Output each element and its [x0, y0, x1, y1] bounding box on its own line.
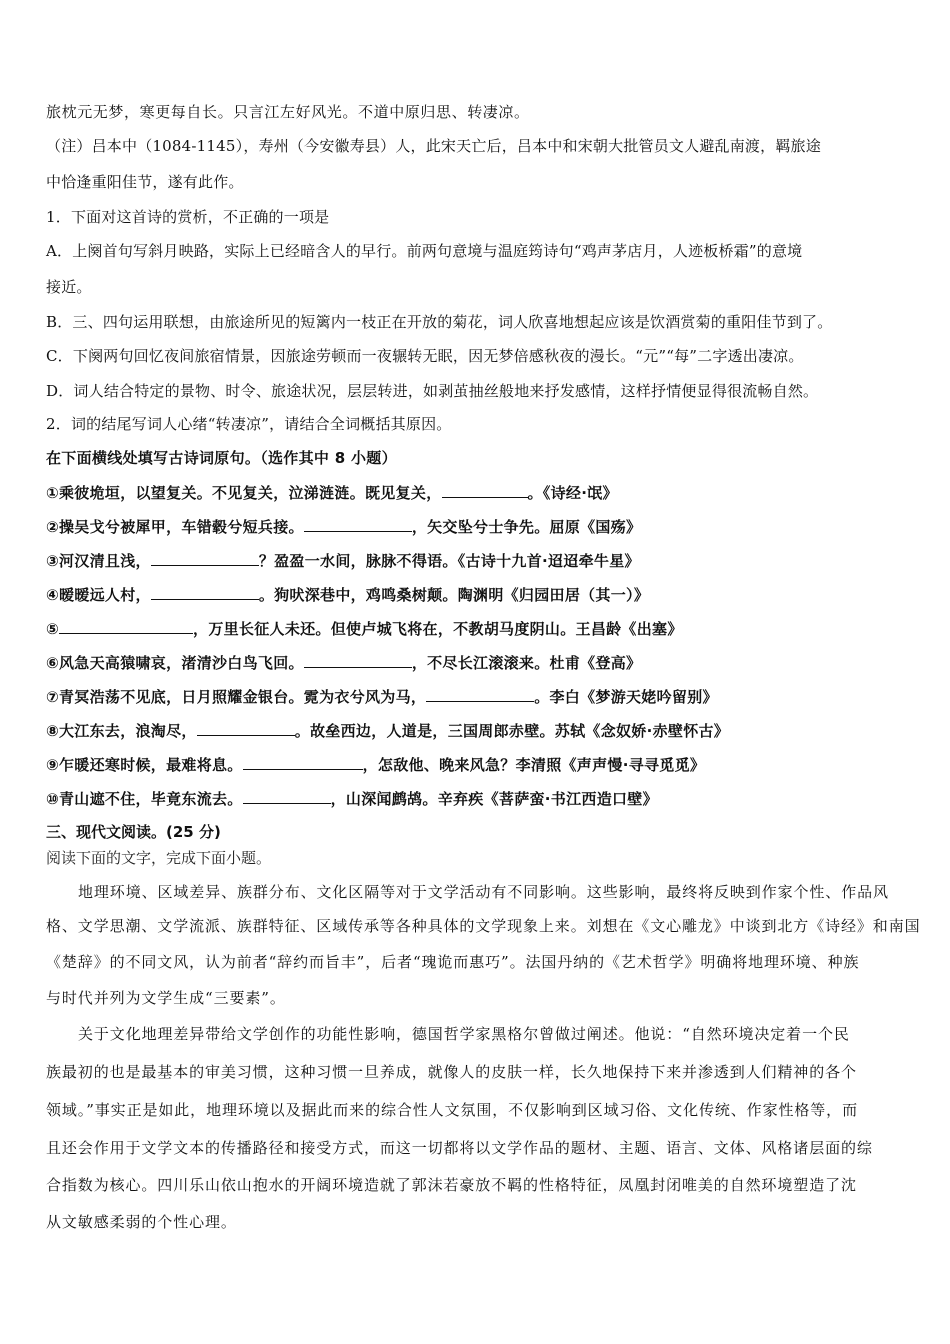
item-text-after: ，矢交坠兮士争先。屈原《国殇》	[412, 518, 642, 536]
answer-blank[interactable]	[59, 618, 193, 634]
fill-in-item-1: ①乘彼垝垣，以望复关。不见复关，泣涕涟涟。既见复关，。《诗经·氓》	[46, 482, 618, 503]
paragraph-2-line-3: 领域。”事实正是如此，地理环境以及据此而来的综合性人文氛围，不仅影响到区域习俗、…	[46, 1100, 858, 1120]
fill-in-item-9: ⑨乍暖还寒时候，最难将息。，怎敌他、晚来风急？李清照《声声慢·寻寻觅觅》	[46, 754, 705, 775]
fill-in-item-3: ③河汉清且浅，？盈盈一水间，脉脉不得语。《古诗十九首·迢迢牵牛星》	[46, 550, 640, 571]
answer-blank[interactable]	[426, 686, 534, 702]
fill-in-heading: 在下面横线处填写古诗词原句。（选作其中 8 小题）	[46, 448, 397, 468]
question-2-stem: 2．词的结尾写词人心绪“转凄凉”，请结合全词概括其原因。	[46, 414, 451, 434]
item-text-after: ？盈盈一水间，脉脉不得语。《古诗十九首·迢迢牵牛星》	[259, 552, 640, 570]
item-text-before: ③河汉清且浅，	[46, 552, 151, 570]
fill-in-item-10: ⑩青山遮不住，毕竟东流去。，山深闻鹧鸪。辛弃疾《菩萨蛮·书江西造口壁》	[46, 788, 658, 809]
note-line-2: 中恰逢重阳佳节，遂有此作。	[46, 172, 244, 192]
item-text-after: ，万里长征人未还。但使卢城飞将在，不教胡马度阴山。王昌龄《出塞》	[193, 620, 683, 638]
fill-in-item-2: ②操吴戈兮被犀甲，车错毂兮短兵接。，矢交坠兮士争先。屈原《国殇》	[46, 516, 641, 537]
paragraph-1-line-2: 格、文学思潮、文学流派、族群特征、区域传承等各种具体的文学现象上来。刘想在《文心…	[46, 916, 921, 936]
item-text-before: ⑨乍暖还寒时候，最难将息。	[46, 756, 243, 774]
answer-blank[interactable]	[243, 788, 331, 804]
option-d: D．词人结合特定的景物、时令、旅途状况，层层转进，如剥茧抽丝般地来抒发感情，这样…	[46, 381, 818, 401]
answer-blank[interactable]	[151, 550, 259, 566]
fill-in-item-6: ⑥风急天高猿啸哀，渚清沙白鸟飞回。，不尽长江滚滚来。杜甫《登高》	[46, 652, 641, 673]
item-text-after: ，怎敌他、晚来风急？李清照《声声慢·寻寻觅觅》	[363, 756, 706, 774]
item-text-before: ⑩青山遮不住，毕竟东流去。	[46, 790, 243, 808]
answer-blank[interactable]	[197, 720, 295, 736]
section-3-heading: 三、现代文阅读。(25 分)	[46, 822, 221, 842]
item-text-before: ④暧暧远人村，	[46, 586, 151, 604]
paragraph-1-line-1: 地理环境、区域差异、族群分布、文化区隔等对于文学活动有不同影响。这些影响，最终将…	[78, 882, 889, 902]
note-line-1: （注）吕本中（1084-1145），寿州（今安徽寿县）人，此宋天亡后，吕本中和宋…	[46, 136, 821, 156]
fill-in-item-4: ④暧暧远人村，。狗吠深巷中，鸡鸣桑树颠。陶渊明《归园田居（其一）》	[46, 584, 649, 605]
paragraph-1-line-4: 与时代并列为文学生成“三要素”。	[46, 988, 286, 1008]
paragraph-1-line-3: 《楚辞》的不同文风，认为前者“辞约而旨丰”，后者“瑰诡而惠巧”。法国丹纳的《艺术…	[46, 952, 859, 972]
item-text-after: ，山深闻鹧鸪。辛弃疾《菩萨蛮·书江西造口壁》	[331, 790, 658, 808]
item-text-after: 。《诗经·氓》	[528, 484, 618, 502]
item-text-after: ，不尽长江滚滚来。杜甫《登高》	[412, 654, 642, 672]
fill-in-item-8: ⑧大江东去，浪淘尽，。故垒西边，人道是，三国周郎赤壁。苏轼《念奴娇·赤壁怀古》	[46, 720, 729, 741]
item-text-before: ⑥风急天高猿啸哀，渚清沙白鸟飞回。	[46, 654, 304, 672]
item-text-after: 。狗吠深巷中，鸡鸣桑树颠。陶渊明《归园田居（其一）》	[259, 586, 649, 604]
option-a-line-1: A．上阕首句写斜月映路，实际上已经暗含人的早行。前两句意境与温庭筠诗句“鸡声茅店…	[46, 241, 802, 261]
option-c: C．下阕两句回忆夜间旅宿情景，因旅途劳顿而一夜辗转无眠，因无梦倍感秋夜的漫长。“…	[46, 346, 804, 366]
answer-blank[interactable]	[304, 516, 412, 532]
item-text-before: ②操吴戈兮被犀甲，车错毂兮短兵接。	[46, 518, 304, 536]
paragraph-2-line-1: 关于文化地理差异带给文学创作的功能性影响，德国哲学家黑格尔曾做过阐述。他说：“自…	[78, 1024, 850, 1044]
answer-blank[interactable]	[243, 754, 363, 770]
item-text-before: ⑤	[46, 620, 59, 638]
paragraph-2-line-6: 从文敏感柔弱的个性心理。	[46, 1212, 237, 1232]
question-1-stem: 1．下面对这首诗的赏析，不正确的一项是	[46, 207, 329, 227]
option-b: B．三、四句运用联想，由旅途所见的短篱内一枝正在开放的菊花，词人欣喜地想起应该是…	[46, 312, 832, 332]
paragraph-2-line-4: 且还会作用于文学文本的传播路径和接受方式，而这一切都将以文学作品的题材、主题、语…	[46, 1138, 873, 1158]
fill-in-item-5: ⑤，万里长征人未还。但使卢城飞将在，不教胡马度阴山。王昌龄《出塞》	[46, 618, 683, 639]
poem-last-line: 旅枕元无梦，寒更每自长。只言江左好风光。不道中原归思、转凄凉。	[46, 102, 530, 122]
item-text-after: 。李白《梦游天姥吟留别》	[534, 688, 718, 706]
item-text-before: ⑦青冥浩荡不见底，日月照耀金银台。霓为衣兮风为马，	[46, 688, 426, 706]
answer-blank[interactable]	[442, 482, 528, 498]
exam-page: 旅枕元无梦，寒更每自长。只言江左好风光。不道中原归思、转凄凉。 （注）吕本中（1…	[0, 0, 950, 1344]
item-text-before: ①乘彼垝垣，以望复关。不见复关，泣涕涟涟。既见复关，	[46, 484, 442, 502]
answer-blank[interactable]	[304, 652, 412, 668]
paragraph-2-line-2: 族最初的也是最基本的审美习惯，这种习惯一旦养成，就像人的皮肤一样，长久地保持下来…	[46, 1062, 857, 1082]
item-text-after: 。故垒西边，人道是，三国周郎赤壁。苏轼《念奴娇·赤壁怀古》	[295, 722, 729, 740]
paragraph-2-line-5: 合指数为核心。四川乐山依山抱水的开阔环境造就了郭沫若豪放不羁的性格特征，凤凰封闭…	[46, 1175, 857, 1195]
option-a-line-2: 接近。	[46, 277, 92, 297]
fill-in-item-7: ⑦青冥浩荡不见底，日月照耀金银台。霓为衣兮风为马，。李白《梦游天姥吟留别》	[46, 686, 718, 707]
item-text-before: ⑧大江东去，浪淘尽，	[46, 722, 197, 740]
answer-blank[interactable]	[151, 584, 259, 600]
section-3-instruction: 阅读下面的文字，完成下面小题。	[46, 848, 271, 868]
